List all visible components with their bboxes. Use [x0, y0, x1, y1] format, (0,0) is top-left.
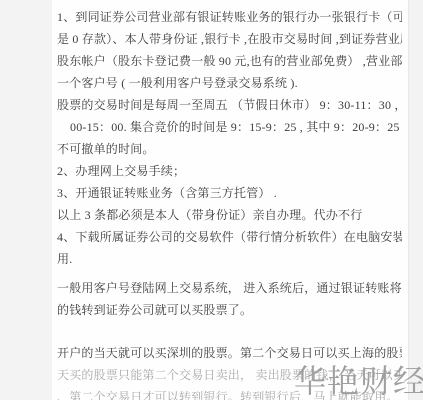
text-line: 4、下载所属证券公司的交易软件（带行情分析软件）在电脑安装使 — [57, 226, 402, 248]
paragraph-steps: 1、到同证券公司营业部有银证转账业务的银行办一张银行卡（可以 是 0 存款）、本… — [57, 6, 402, 270]
text-line: 一般用客户号登陆网上交易系统， 进入系统后，通过银证转账将银行 — [57, 277, 402, 299]
text-line: 1、到同证券公司营业部有银证转账业务的银行办一张银行卡（可以 — [57, 6, 402, 28]
text-line: 股东帐户（股东卡登记费一般 90 元,也有的营业部免费） ,营业部给您 — [57, 50, 402, 72]
text-line: 股票的交易时间是每周一至周五 （节假日休市） 9：30-11：30 ，13： — [57, 94, 402, 116]
paragraph-login-info: 一般用客户号登陆网上交易系统， 进入系统后，通过银证转账将银行 的钱转到证券公司… — [57, 277, 402, 321]
text-line: 开户的当天就可以买深圳的股票。第二个交易日可以买上海的股票。当 — [57, 342, 402, 364]
text-line: 一个客户号 ( 一般利用客户号登录交易系统 ). — [57, 72, 402, 94]
text-line: 2、办理网上交易手续； — [57, 160, 402, 182]
text-line: 用. — [57, 248, 402, 270]
text-line: 3、开通银证转账业务（含第三方托管） . — [57, 182, 402, 204]
watermark-text: 华艳财经 — [294, 364, 423, 398]
text-line: 00-15：00. 集合竞价的时间是 9：15-9：25 , 其中 9：20-9… — [57, 116, 402, 138]
text-line: 以上 3 条都必须是本人（带身份证）亲自办理。代办不行 — [57, 204, 402, 226]
document-page: 1、到同证券公司营业部有银证转账业务的银行办一张银行卡（可以 是 0 存款）、本… — [52, 0, 409, 400]
text-line: 是 0 存款）、本人带身份证 ,银行卡 ,在股市交易时间 ,到证券营业厅开 — [57, 28, 402, 50]
text-line: 的钱转到证券公司就可以买股票了。 — [57, 299, 402, 321]
screenshot-root: { "colors": { "canvas_bg": "#f3f3f3", "p… — [0, 0, 423, 400]
text-line: 不可撤单的时间。 — [57, 138, 402, 160]
